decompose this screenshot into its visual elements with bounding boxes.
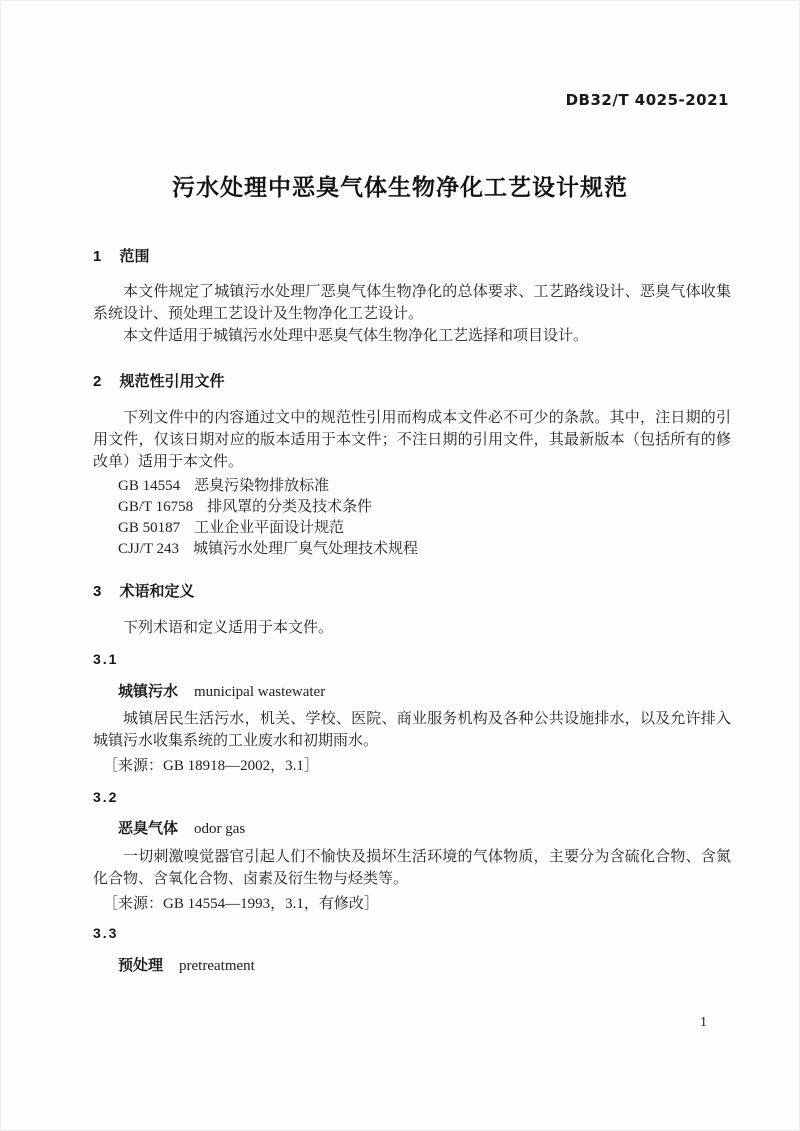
normative-references-paragraph: 下列文件中的内容通过文中的规范性引用而构成本文件必不可少的条款。其中，注日期的引… bbox=[93, 407, 731, 473]
section-3-number: 3 bbox=[93, 583, 101, 600]
reference-code: GB 50187 bbox=[118, 520, 180, 536]
term-1-name-zh: 城镇污水 bbox=[118, 683, 178, 700]
reference-item: GB 14554恶臭污染物排放标准 bbox=[93, 476, 731, 497]
reference-item: GB 50187工业企业平面设计规范 bbox=[93, 518, 731, 539]
standard-document-page: DB32/T 4025-2021 污水处理中恶臭气体生物净化工艺设计规范 1 范… bbox=[0, 0, 800, 1131]
reference-title: 排风罩的分类及技术条件 bbox=[207, 499, 372, 515]
term-3-name-zh: 预处理 bbox=[118, 957, 163, 974]
term-2-definition: 一切刺激嗅觉器官引起人们不愉快及损坏生活环境的气体物质，主要分为含硫化合物、含氮… bbox=[93, 846, 731, 890]
term-1-definition: 城镇居民生活污水，机关、学校、医院、商业服务机构及各种公共设施排水，以及允许排入… bbox=[93, 708, 731, 752]
term-2-name-zh: 恶臭气体 bbox=[118, 820, 178, 837]
reference-item: CJJ/T 243城镇污水处理厂臭气处理技术规程 bbox=[93, 539, 731, 560]
standard-code: DB32/T 4025-2021 bbox=[566, 91, 729, 109]
term-3-number: 3.3 bbox=[93, 925, 118, 941]
term-2-source: ［来源：GB 14554—1993，3.1，有修改］ bbox=[93, 892, 731, 913]
term-1-source: ［来源：GB 18918—2002，3.1］ bbox=[93, 754, 731, 775]
section-1-heading: 1 范围 bbox=[93, 245, 733, 266]
reference-title: 城镇污水处理厂臭气处理技术规程 bbox=[193, 541, 418, 557]
term-3-name-en: pretreatment bbox=[179, 958, 255, 974]
section-2-number: 2 bbox=[93, 373, 101, 390]
term-3-heading: 预处理pretreatment bbox=[118, 954, 731, 975]
section-1-body: 本文件规定了城镇污水处理厂恶臭气体生物净化的总体要求、工艺路线设计、恶臭气体收集… bbox=[93, 281, 731, 347]
section-3-title: 术语和定义 bbox=[120, 583, 195, 600]
reference-title: 工业企业平面设计规范 bbox=[194, 520, 344, 536]
reference-list: GB 14554恶臭污染物排放标准 GB/T 16758排风罩的分类及技术条件 … bbox=[93, 476, 731, 560]
term-1-number: 3.1 bbox=[93, 651, 118, 667]
terms-intro: 下列术语和定义适用于本文件。 bbox=[93, 617, 731, 639]
reference-code: CJJ/T 243 bbox=[118, 541, 179, 557]
reference-item: GB/T 16758排风罩的分类及技术条件 bbox=[93, 497, 731, 518]
terms-intro-paragraph: 下列术语和定义适用于本文件。 bbox=[93, 617, 731, 639]
term-2-name-en: odor gas bbox=[194, 821, 245, 837]
scope-paragraph-2: 本文件适用于城镇污水处理中恶臭气体生物净化工艺选择和项目设计。 bbox=[93, 325, 731, 347]
reference-code: GB 14554 bbox=[118, 478, 180, 494]
term-2-heading: 恶臭气体odor gas bbox=[118, 817, 731, 838]
term-1-definition-text: 城镇居民生活污水，机关、学校、医院、商业服务机构及各种公共设施排水，以及允许排入… bbox=[93, 708, 731, 752]
section-2-title: 规范性引用文件 bbox=[120, 373, 225, 390]
term-1-heading: 城镇污水municipal wastewater bbox=[118, 680, 731, 701]
section-2-heading: 2 规范性引用文件 bbox=[93, 370, 733, 391]
document-title: 污水处理中恶臭气体生物净化工艺设计规范 bbox=[1, 169, 799, 202]
section-2-body: 下列文件中的内容通过文中的规范性引用而构成本文件必不可少的条款。其中，注日期的引… bbox=[93, 407, 731, 473]
section-1-number: 1 bbox=[93, 248, 101, 265]
reference-code: GB/T 16758 bbox=[118, 499, 193, 515]
term-2-definition-text: 一切刺激嗅觉器官引起人们不愉快及损坏生活环境的气体物质，主要分为含硫化合物、含氮… bbox=[93, 846, 731, 890]
page-number: 1 bbox=[700, 1015, 707, 1031]
scope-paragraph-1: 本文件规定了城镇污水处理厂恶臭气体生物净化的总体要求、工艺路线设计、恶臭气体收集… bbox=[93, 281, 731, 325]
term-1-name-en: municipal wastewater bbox=[194, 684, 325, 700]
section-1-title: 范围 bbox=[120, 248, 150, 265]
term-2-number: 3.2 bbox=[93, 789, 118, 805]
reference-title: 恶臭污染物排放标准 bbox=[194, 478, 329, 494]
section-3-heading: 3 术语和定义 bbox=[93, 580, 733, 601]
